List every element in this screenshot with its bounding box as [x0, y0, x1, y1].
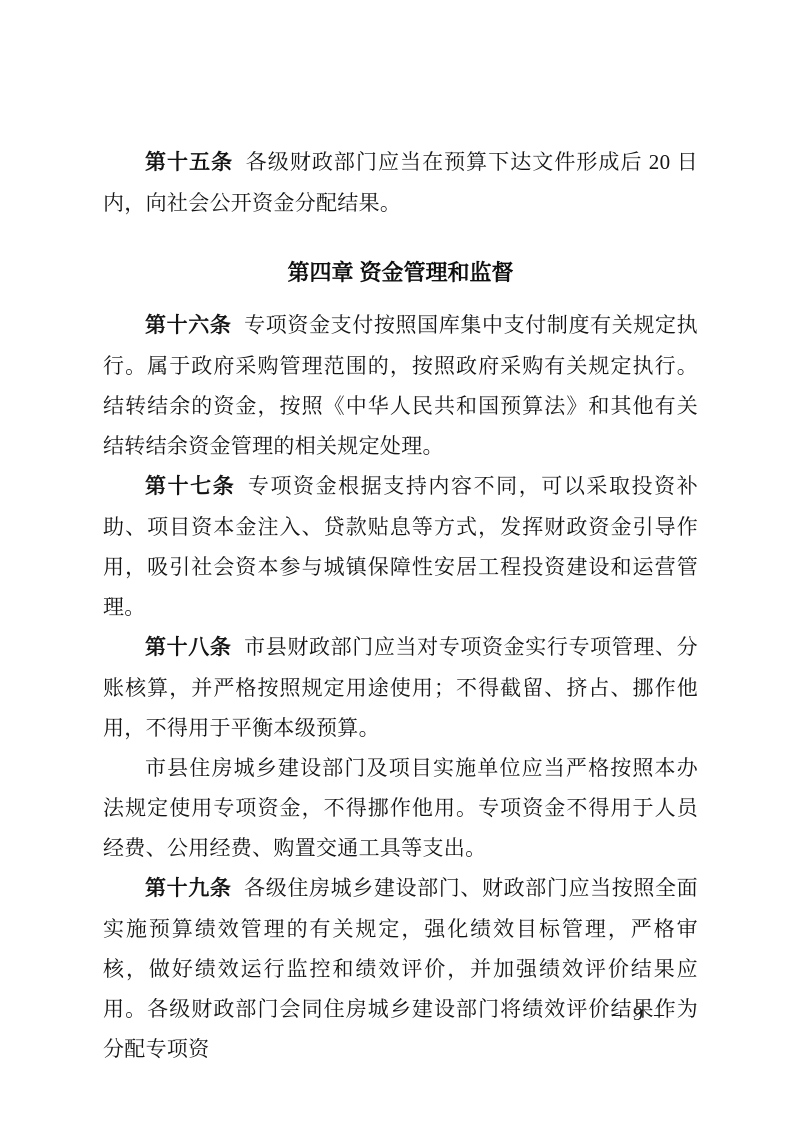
- article-18-continuation-paragraph: 市县住房城乡建设部门及项目实施单位应当严格按照本办法规定使用专项资金，不得挪作他…: [103, 748, 698, 868]
- chapter-4-heading: 第四章 资金管理和监督: [103, 253, 698, 293]
- article-17-paragraph: 第十七条专项资金根据支持内容不同，可以采取投资补助、项目资本金注入、贷款贴息等方…: [103, 466, 698, 627]
- article-18-continuation-text: 市县住房城乡建设部门及项目实施单位应当严格按照本办法规定使用专项资金，不得挪作他…: [103, 756, 698, 860]
- article-19-text: 各级住房城乡建设部门、财政部门应当按照全面实施预算绩效管理的有关规定，强化绩效目…: [103, 876, 698, 1061]
- article-18-paragraph: 第十八条市县财政部门应当对专项资金实行专项管理、分账核算，并严格按照规定用途使用…: [103, 627, 698, 748]
- article-17-number: 第十七条: [145, 475, 235, 498]
- article-16-number: 第十六条: [145, 314, 232, 337]
- article-19-paragraph: 第十九条各级住房城乡建设部门、财政部门应当按照全面实施预算绩效管理的有关规定，强…: [103, 868, 698, 1069]
- article-15-paragraph: 第十五条各级财政部门应当在预算下达文件形成后 20 日内，向社会公开资金分配结果…: [103, 142, 698, 223]
- document-body: 第十五条各级财政部门应当在预算下达文件形成后 20 日内，向社会公开资金分配结果…: [103, 142, 698, 1069]
- article-19-number: 第十九条: [145, 877, 232, 900]
- article-15-number: 第十五条: [145, 151, 233, 174]
- page-number: – 9 –: [612, 1000, 667, 1028]
- article-18-number: 第十八条: [145, 636, 232, 659]
- article-16-paragraph: 第十六条专项资金支付按照国库集中支付制度有关规定执行。属于政府采购管理范围的，按…: [103, 305, 698, 466]
- document-page: 第十五条各级财政部门应当在预算下达文件形成后 20 日内，向社会公开资金分配结果…: [0, 0, 793, 1122]
